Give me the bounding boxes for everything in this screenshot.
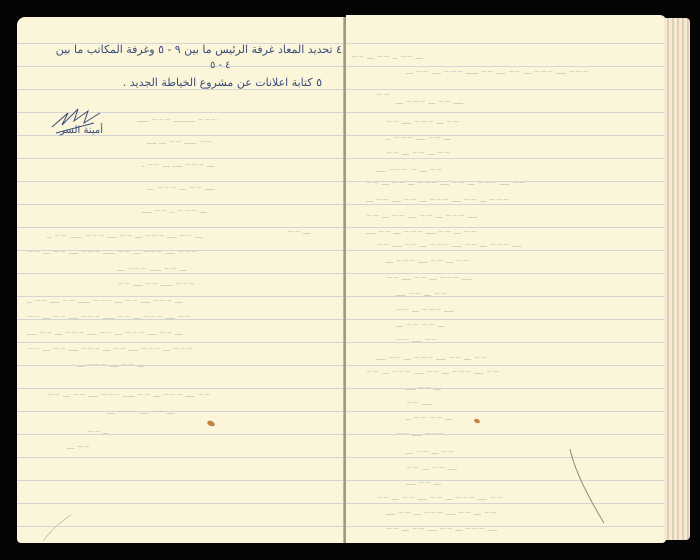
bleed-text: ~~ ــــ ~~~ ـــ ~~ ــــ ~~~ ـــ ~~ ـــ ~… [366,178,525,187]
ink-stain [206,420,215,428]
bleed-text: ـــــ ~~ ـــ ــــ ~~ [147,137,212,146]
bleed-text: ~~ [376,90,390,99]
bleed-text: ـــ ~~ ــــ [406,383,441,392]
item-text: كتابة اعلانات عن مشروع الخياطة الجديد . [123,76,313,89]
page-edges [664,18,690,540]
bleed-text: ـــــــــ ~~~ ـــــ ~~~ [137,115,218,124]
bleed-text: ~~ ــــ ~~~ ـــ ~~ ــــ ~~ ـــ ~~ [376,493,503,502]
item-text: تحديد المعاد غرفة الرئيس ما بين ٩ - ٥ وغ… [56,43,333,56]
bleed-text: ~~ ــــ [406,398,431,407]
bleed-text: ـــ ~~ ـــــ ~~~ ـــ [117,264,186,273]
pencil-stroke [41,513,81,543]
bleed-text: ~~ ــــ ~~~ ـــ ~~ ــــ ~~~ ـــ ~~ [366,367,500,376]
bleed-text: ـــ ~~ ــــ ~~~ ـــ [77,360,144,369]
bleed-text: ~~ ــــ ~~~ ـــ ~~ ـــــ ~~~ ــــ ~~ ـــ… [47,390,211,399]
handwritten-item-4: ٤ تحديد المعاد غرفة الرئيس ما بين ٩ - ٥ … [22,43,342,56]
bleed-text: ~~ ــــ ~~~ ـــ ~~ ـــــ ~~~ ــــ ~~ ـــ… [27,247,198,256]
bleed-text: ـــ ~~ ــــ ~~~ ـــ ~~ ــــ ~~ [366,227,477,236]
bleed-text: ـــ ~~ ــــ [406,478,441,487]
bleed-text: ـــ ~~ ــــ ~~~ ـــ ~~ [386,256,469,265]
bleed-text: ~~ ــــ ~~ [396,335,437,344]
bleed-text: ~~ ــــ ~~~ ـــ ~~ ــــ ~~~ ـــ ~~ ــــ [376,240,522,249]
bleed-text: ـــ ~~~ ــ ~~ ــــ [142,206,207,215]
bleed-text: ــــ ~~ ـــ ~~~ ـــ [396,97,463,106]
bleed-text: ~~ ـــ [287,227,310,236]
bleed-text: ~~ ـــ ~~ ــ ~~ ـــ [351,52,423,61]
ink-stain [473,418,480,424]
bleed-text: ـــ ~~ [67,442,90,451]
bleed-text: ـــ ~~ ــــ ~~~ ـــ ~~ ــــ ~~~ ـــ ~~ ـ… [27,328,182,337]
bleed-text: ~~ ــــ ~~~ ـــ [396,305,454,314]
bleed-text: ~~ ـــ ~~~ ــــ ~~ [386,117,460,126]
bleed-text: ~~ ــ [87,427,108,436]
pencil-stroke [568,447,608,527]
bleed-text: ـــ ~~ ~~ ــ [406,413,452,422]
bleed-text: ـــ ~~ ــــ ~~~ ـــ [107,407,174,416]
notebook-spread: ـــــــــ ~~~ ـــــ ~~~ ـــــ ~~ ـــ ـــ… [0,0,700,560]
bleed-text: ~~ ـــ ~~~ ــــ ~~ ـــ ~~~ ــــ ~~ ـــ ~… [27,344,193,353]
bleed-text: ـــ ~~ ــــ ~~~ ـــ ~~ ــــ ~~ [376,353,487,362]
bleed-text: ~~ ــــ ~~~ ـــ ~~ ــــ [386,273,471,282]
item-number: ٥ [316,76,322,89]
bleed-text: ــــ ~~ ـــ ~~~ ـــ [147,183,214,192]
bleed-text: ~~ ــــ ~~~ ـــ ~~ ــــ ~~ ـــ [366,211,477,220]
bleed-text: ~~ ــــ ~~ ـــ [406,463,457,472]
bleed-text: ــــ ~~~ ـــ ~~ ــــ ~~ ـــــ ~~~ ــــ ~… [406,67,588,76]
signature-title: أمينة السر [60,125,103,136]
left-page: ـــــــــ ~~~ ـــــ ~~~ ـــــ ~~ ـــ ـــ… [17,17,346,543]
right-page: ~~ ـــ ~~ ــ ~~ ـــ ــــ ~~~ ـــ ~~ ــــ… [346,15,666,543]
bleed-text: ـــ ~~ ــــ ~~~ ـــ ~~ ــــ ~~ [386,508,497,517]
bleed-text: ـــ ~~ ــــ ~~~ ــ [386,133,451,142]
bleed-text: ـــ ~~~ ــــ ~~ ـــ ~~~ ـــــ ~~ ــــ ~~… [27,296,182,305]
bleed-text: ـــ ~~ ــــ ~~~ ـــ ~~ ــــ ~~~ ـــــ ~~… [47,231,202,240]
bleed-text: ـــ ~~ ــــ ~~~ ـــ ~~ ــــ ~~ ـــ ~~~ [366,195,509,204]
bleed-text: ~~ ـــــ ~~ ــــ ~~~ [117,279,195,288]
bleed-text: ~~ ــــ ~~~ [396,429,444,438]
item-number: ٤ [336,43,342,56]
bleed-text: ~~ ـــ ~~ ـــ ~~ [386,148,450,157]
bleed-text: ـــ ~ ~~~ ــــ ~~ [376,165,443,174]
bleed-text: ~~ ــــ ~~~ ـــ ~~ ـــــ ~~~ ــــ ~~ ـــ… [27,312,191,321]
bleed-text: ـــ ~~ ~~ ـــ [396,320,445,329]
handwritten-item-4-continuation: ٤ - ٥ [210,60,231,71]
bleed-text: ـــ ~~ ــــ ~~ [396,289,447,298]
handwritten-item-5: ٥ كتابة اعلانات عن مشروع الخياطة الجديد … [60,76,322,89]
bleed-text: ~~ ــــ ~~~ ـــ ~~ ــــ ~~ ـــ [386,524,497,533]
bleed-text: ـــ ~~~ ــــ ـــ ~~ ـ [142,160,214,169]
bleed-text: ـــ ~~ ـــ ~~ [406,447,455,456]
